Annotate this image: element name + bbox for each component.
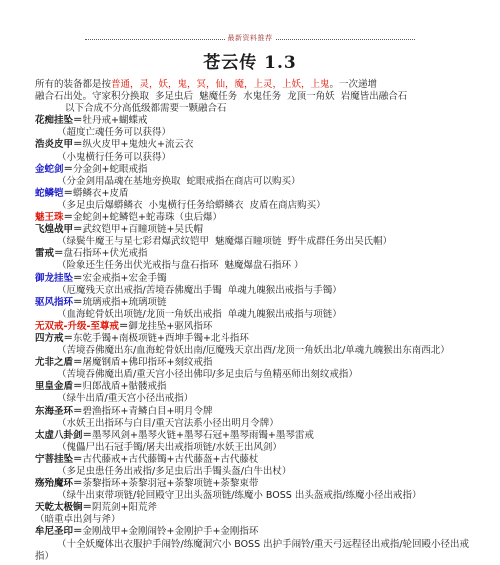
note-line: （绿牛出束带项链/轮回殿守卫出头盔项链/练魔小 BOSS 出头盔戒指/练魔小径出… (35, 490, 481, 502)
document-body: 所有的装备都是按普通，灵，妖，鬼，冥，仙，魔，上灵，上妖，上鬼。一次递增融合石出… (35, 79, 481, 563)
item-line: 花痴挂坠＝牡丹戒+蝴蝶戒 (35, 115, 481, 127)
text-segment: 碧渔指环+青鳞白目+明月令牌 (83, 406, 213, 417)
text-segment: 古代藤戒+古代藤镯+古代藤盔+古代藤杖 (83, 454, 259, 465)
intro-line: 以下合成不分高低级都需要一颗融合石 (35, 103, 481, 115)
note-line: （十全妖魔体出衣服护手闹铃/练魔洞穴小 BOSS 出护手闹铃/重天弓远程径出戒指… (35, 539, 481, 563)
highlight-text: 御龙挂坠 (35, 273, 73, 284)
text-segment: ＝ (73, 297, 83, 308)
text-segment: 太虚八卦剑 (35, 430, 83, 441)
note-line: （苦境吞佛魔出盾/重天宫小径出佛印/多足虫后与鱼精巫师出刻纹戒指） (35, 369, 481, 381)
note-line: （险象还生任务出伏光戒指与盘石指环 魅魔爆盘石指环 ） (35, 260, 481, 272)
item-line: 东海圣环＝碧渔指环+青鳞白目+明月令牌 (35, 406, 481, 418)
text-segment: 牡丹戒+蝴蝶戒 (83, 115, 148, 126)
text-segment: 荼黎指环+荼黎羽冠+荼黎项链+荼黎束带 (83, 478, 259, 489)
text-segment: 宁菩挂坠 (35, 454, 73, 465)
text-segment: （险象还生任务出伏光戒指与盘石指环 魅魔爆盘石指环 ） (57, 260, 304, 271)
text-segment: 金蛇剑+蛇鳞铠+蛇毒珠（虫后爆） (73, 212, 222, 223)
text-segment: 归郎战盾+骷髅戒指 (83, 381, 167, 392)
item-line: 四方戒＝东乾手镯+南极项链+酉坤手镯+北斗指环 (35, 333, 481, 345)
text-segment: （苦境吞佛魔出盾/重天宫小径出佛印/多足虫后与鱼精巫师出刻纹戒指） (57, 369, 358, 380)
text-segment: ＝ (73, 224, 83, 235)
text-segment: 分金剑+蛇眼戒指 (73, 164, 147, 175)
text-segment: ＝ (83, 502, 93, 513)
text-segment: （暗重卓出剑与斧） (35, 514, 121, 525)
note-line: （小鬼横行任务可以获得） (35, 152, 481, 164)
item-line: 无双戒-升级-至尊戒＝御龙挂坠+驱风指环 (35, 321, 481, 333)
text-segment: 飞煌战甲 (35, 224, 73, 235)
note-line: （苦境吞佛魔出东/血海蛇骨妖出南/厄魔残天京出酉/龙顶一角妖出北/单魂九魄猴出东… (35, 345, 481, 357)
note-line: （水妖王出指环与白目/重天宫法系小径出明月令牌） (35, 418, 481, 430)
note-line: （多足虫后爆蟒鳞衣 小鬼横行任务给蟒鳞衣 皮盾在商店购买） (35, 200, 481, 212)
text-segment: 雷戒 (35, 248, 54, 259)
text-segment: （多足虫后爆蟒鳞衣 小鬼横行任务给蟒鳞衣 皮盾在商店购买） (57, 200, 326, 211)
text-segment: 以下合成不分高低级都需要一颗融合石 (65, 103, 227, 114)
page-title: 苍云传 1.3 (0, 48, 500, 73)
text-segment: ＝ (83, 430, 93, 441)
note-line: （绿牛出盾/重天宫小径出戒指） (35, 393, 481, 405)
text-segment: ＝ (54, 248, 64, 259)
text-segment: 武纹铠甲+百瞳项链+吴氏帽 (83, 224, 203, 235)
text-segment: （十全妖魔体出衣服护手闹铃/练魔洞穴小 BOSS 出护手闹铃/重天弓远程径出戒指… (35, 539, 469, 562)
text-segment: 宏金戒指+宏金手镯 (83, 273, 167, 284)
text-segment: 里皇金盾 (35, 381, 73, 392)
item-line: 太虚八卦剑＝墨琴风剑+墨琴火链+墨琴石冠+墨琴雨镯+墨琴雷戒 (35, 430, 481, 442)
text-segment: 蟒鳞衣+皮盾 (73, 188, 128, 199)
note-line: （暗重卓出剑与斧） (35, 514, 481, 526)
item-line: 御龙挂坠＝宏金戒指+宏金手镯 (35, 273, 481, 285)
text-segment: ＝ (119, 321, 129, 332)
text-segment: （多足虫患任务出戒指/多足虫后出手镯头盔/白牛出杖） (57, 466, 291, 477)
text-segment: ＝ (73, 139, 83, 150)
note-line: （绿鬓牛魔王与星七彩君爆武纹铠甲 魅魔爆百瞳项链 野牛成群任务出吴氏帽） (35, 236, 481, 248)
note-line: （厄魔残天京出戒指/苦境吞佛魔出手镯 单魂九魄猴出戒指与手镯） (35, 285, 481, 297)
text-segment: 浩炎皮甲 (35, 139, 73, 150)
text-segment: 天乾太极锏 (35, 502, 83, 513)
text-segment: （绿牛出束带项链/轮回殿守卫出头盔项链/练魔小 BOSS 出头盔戒指/练魔小径出… (57, 490, 422, 501)
text-segment: 融合石出处。守家积分换取 多足虫后 魅魔任务 水鬼任务 龙顶一角妖 岩魔皆出融合… (35, 91, 407, 102)
text-segment: ＝ (73, 381, 83, 392)
highlight-text: 金蛇剑 (35, 164, 64, 175)
item-line: 雷戒＝盘石指环+伏光戒指 (35, 248, 481, 260)
text-segment: 金刚战甲+金刚闹铃+金刚护手+金刚指环 (83, 526, 259, 537)
item-line: 飞煌战甲＝武纹铠甲+百瞳项链+吴氏帽 (35, 224, 481, 236)
text-segment: 。一次递增 (330, 79, 378, 90)
text-segment: 牟尼圣印 (35, 526, 73, 537)
item-line: 蛇鳞铠＝蟒鳞衣+皮盾 (35, 188, 481, 200)
text-segment: ＝ (73, 454, 83, 465)
text-segment: ＝ (64, 333, 74, 344)
item-line: 金蛇剑＝分金剑+蛇眼戒指 (35, 164, 481, 176)
ribbon-dotted-line-right (276, 39, 416, 40)
header-ribbon: 最新资料推荐 (85, 33, 415, 43)
text-segment: 御龙挂坠+驱风指环 (128, 321, 212, 332)
text-segment: （超度亡魂任务可以获得） (57, 127, 171, 138)
text-segment: 东乾手镯+南极项链+酉坤手镯+北斗指环 (73, 333, 249, 344)
text-segment: 琉璃戒指+琉璃项链 (83, 297, 167, 308)
text-segment: （小鬼横行任务可以获得） (57, 152, 171, 163)
text-segment: 纵火皮甲+鬼烛火+流云衣 (83, 139, 194, 150)
text-segment: （绿鬓牛魔王与星七彩君爆武纹铠甲 魅魔爆百瞳项链 野牛成群任务出吴氏帽） (57, 236, 392, 247)
text-segment: ＝ (64, 212, 74, 223)
text-segment: ＝ (73, 357, 83, 368)
intro-line: 融合石出处。守家积分换取 多足虫后 魅魔任务 水鬼任务 龙顶一角妖 岩魔皆出融合… (35, 91, 481, 103)
item-line: 里皇金盾＝归郎战盾+骷髅戒指 (35, 381, 481, 393)
note-line: （傀儡尸出石冠手镯/屠夫出戒指项链/水妖王出风剑） (35, 442, 481, 454)
highlight-text: 驱风指环 (35, 297, 73, 308)
item-line: 牟尼圣印＝金刚战甲+金刚闹铃+金刚护手+金刚指环 (35, 526, 481, 538)
text-segment: ＝ (73, 406, 83, 417)
text-segment: ＝ (64, 164, 74, 175)
text-segment: 花痴挂坠 (35, 115, 73, 126)
text-segment: （水妖王出指环与白目/重天宫法系小径出明月令牌） (57, 418, 279, 429)
text-segment: 屠魔钢盾+佛印指环+刻纹戒指 (83, 357, 213, 368)
text-segment: 所有的装备都是按 (35, 79, 111, 90)
text-segment: （分金剑用晶魂在基地旁换取 蛇眼戒指在商店可以购买） (57, 176, 301, 187)
ribbon-label: 最新资料推荐 (228, 33, 273, 43)
text-segment: 殇殆魔环 (35, 478, 73, 489)
highlight-text: 普通，灵，妖，鬼，冥，仙，魔，上灵，上妖，上鬼 (111, 79, 330, 90)
text-segment: （厄魔残天京出戒指/苦境吞佛魔出手镯 单魂九魄猴出戒指与手镯） (57, 285, 342, 296)
text-segment: ＝ (64, 188, 74, 199)
item-line: 驱风指环＝琉璃戒指+琉璃项链 (35, 297, 481, 309)
text-segment: 盘石指环+伏光戒指 (64, 248, 148, 259)
ribbon-dotted-line-left (85, 39, 225, 40)
note-line: （超度亡魂任务可以获得） (35, 127, 481, 139)
highlight-text: 蛇鳞铠 (35, 188, 64, 199)
highlight-text: 无双戒-升级-至尊戒 (35, 321, 119, 332)
note-line: （多足虫患任务出戒指/多足虫后出手镯头盔/白牛出杖） (35, 466, 481, 478)
text-segment: （苦境吞佛魔出东/血海蛇骨妖出南/厄魔残天京出酉/龙顶一角妖出北/单魂九魄猴出东… (57, 345, 450, 356)
intro-line: 所有的装备都是按普通，灵，妖，鬼，冥，仙，魔，上灵，上妖，上鬼。一次递增 (35, 79, 481, 91)
text-segment: （绿牛出盾/重天宫小径出戒指） (57, 393, 193, 404)
item-line: 天乾太极锏＝阴荒剑+阳荒斧 (35, 502, 481, 514)
item-line: 宁菩挂坠＝古代藤戒+古代藤镯+古代藤盔+古代藤杖 (35, 454, 481, 466)
text-segment: ＝ (73, 478, 83, 489)
item-line: 浩炎皮甲＝纵火皮甲+鬼烛火+流云衣 (35, 139, 481, 151)
text-segment: 阴荒剑+阳荒斧 (92, 502, 157, 513)
note-line: （分金剑用晶魂在基地旁换取 蛇眼戒指在商店可以购买） (35, 176, 481, 188)
highlight-text: 魅王珠 (35, 212, 64, 223)
text-segment: 东海圣环 (35, 406, 73, 417)
text-segment: 尤非之盾 (35, 357, 73, 368)
text-segment: ＝ (73, 273, 83, 284)
text-segment: （血海蛇骨妖出项链/龙顶一角妖出戒指 单魂九魄猴出戒指与项链） (57, 309, 342, 320)
text-segment: ＝ (73, 115, 83, 126)
item-line: 魅王珠＝金蛇剑+蛇鳞铠+蛇毒珠（虫后爆） (35, 212, 481, 224)
item-line: 尤非之盾＝屠魔钢盾+佛印指环+刻纹戒指 (35, 357, 481, 369)
text-segment: 墨琴风剑+墨琴火链+墨琴石冠+墨琴雨镯+墨琴雷戒 (92, 430, 314, 441)
text-segment: 四方戒 (35, 333, 64, 344)
text-segment: （傀儡尸出石冠手镯/屠夫出戒指项链/水妖王出风剑） (57, 442, 282, 453)
item-line: 殇殆魔环＝荼黎指环+荼黎羽冠+荼黎项链+荼黎束带 (35, 478, 481, 490)
text-segment: ＝ (73, 526, 83, 537)
document-page: 最新资料推荐 苍云传 1.3 所有的装备都是按普通，灵，妖，鬼，冥，仙，魔，上灵… (0, 0, 500, 565)
note-line: （血海蛇骨妖出项链/龙顶一角妖出戒指 单魂九魄猴出戒指与项链） (35, 309, 481, 321)
